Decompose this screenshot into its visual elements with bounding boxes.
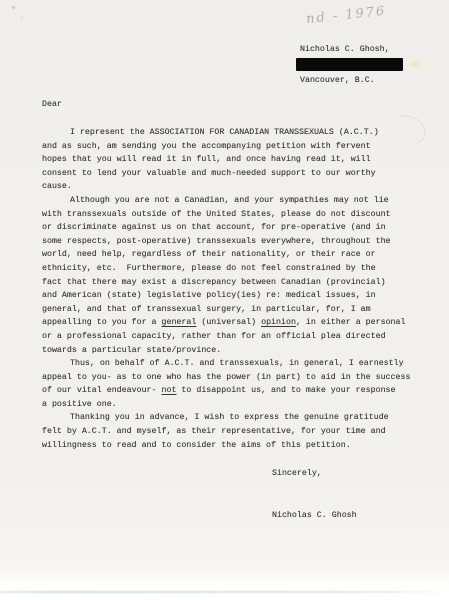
letter-line: consent to lend your valuable and much-n… xyxy=(42,167,427,181)
valediction: Sincerely, xyxy=(272,469,322,478)
letter-line: appeal to you- as to one who has the pow… xyxy=(42,371,427,385)
sender-name: Nicholas C. Ghosh, xyxy=(300,45,403,54)
letter-line: world, need help, regardless of their na… xyxy=(42,248,427,262)
letter-line: of our vital endeavour- not to disappoin… xyxy=(42,384,427,398)
letter-line: towards a particular state/province. xyxy=(42,344,427,358)
letter-line: Although you are not a Canadian, and you… xyxy=(42,194,427,208)
letter-body: I represent the ASSOCIATION FOR CANADIAN… xyxy=(42,126,427,452)
letter-line: with transsexuals outside of the United … xyxy=(42,208,427,222)
sender-city: Vancouver, B.C. xyxy=(300,76,403,85)
paper-stain xyxy=(12,6,15,9)
letter-line: and as such, am sending you the accompan… xyxy=(42,140,427,154)
letter-line: or discriminate against us on that accou… xyxy=(42,221,427,235)
scan-edge-artifact xyxy=(0,591,446,593)
letter-line: hopes that you will read it in full, and… xyxy=(42,153,427,167)
letter-line: general, and that of transsexual surgery… xyxy=(42,303,427,317)
scanned-letter-page: nd - 1976 Nicholas C. Ghosh, Vancouver, … xyxy=(0,0,449,600)
letter-line: fact that there may exist a discrepancy … xyxy=(42,276,427,290)
letter-line: appealling to you for a general (univers… xyxy=(42,316,427,330)
letter-line: felt by A.C.T. and myself, as their repr… xyxy=(42,425,427,439)
sender-address-block: Nicholas C. Ghosh, Vancouver, B.C. xyxy=(300,45,403,85)
handwritten-date-note: nd - 1976 xyxy=(305,4,387,27)
letter-line: ethnicity, etc. Furthermore, please do n… xyxy=(42,262,427,276)
letter-line: willingness to read and to consider the … xyxy=(42,439,427,453)
yellow-smudge xyxy=(406,60,424,68)
signature-name: Nicholas C. Ghosh xyxy=(272,511,357,520)
salutation: Dear xyxy=(42,100,62,109)
letter-line: a positive one. xyxy=(42,398,427,412)
letter-line: cause. xyxy=(42,180,427,194)
letter-line: some respects, post-operative) transsexu… xyxy=(42,235,427,249)
letter-line: and American (state) legislative policy(… xyxy=(42,289,427,303)
letter-line: Thus, on behalf of A.C.T. and transsexua… xyxy=(42,357,427,371)
redaction-bar xyxy=(296,58,403,71)
letter-line: or a professional capacity, rather than … xyxy=(42,330,427,344)
letter-line: I represent the ASSOCIATION FOR CANADIAN… xyxy=(42,126,427,140)
letter-line: Thanking you in advance, I wish to expre… xyxy=(42,411,427,425)
